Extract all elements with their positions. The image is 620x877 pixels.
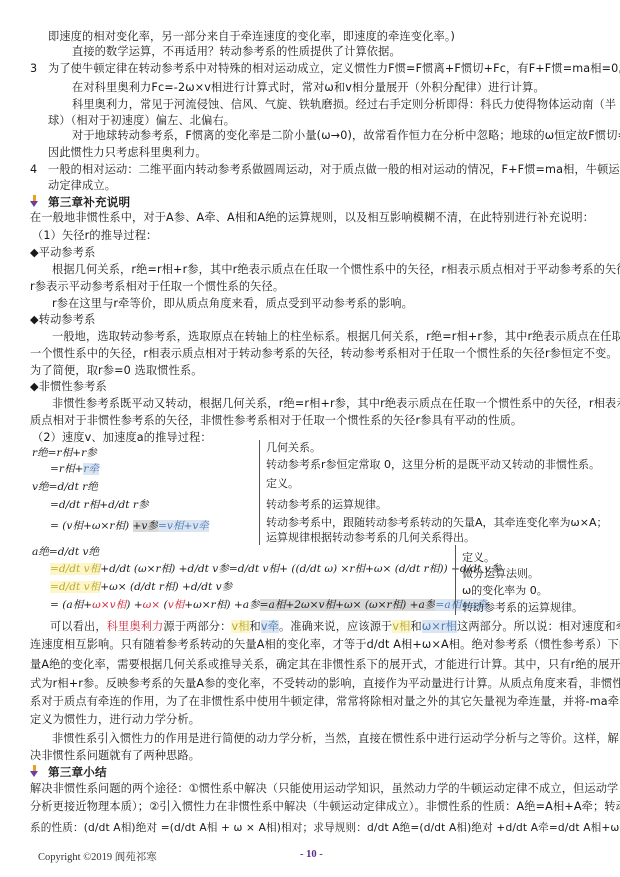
text-line: 为了简便，取r参=0 选取惯性系。 <box>30 363 203 379</box>
text-line: 一般地，选取转动参考系，选取原点在转轴上的柱坐标系。根据几何关系，r绝=r相+r… <box>52 329 620 345</box>
bullet-title: ◆平动参考系 <box>30 245 95 261</box>
text-line: 为了使牛顿定律在转动参考系中对特殊的相对运动成立，定义惯性力F惯=F惯离+F惯切… <box>48 61 620 77</box>
subheading: （2）速度v、加速度a的推导过程： <box>32 430 212 446</box>
text-line: 连速度相互影响。只有随着参考系转动的矢量A相的变化率，才等于d/dt A相+ω×… <box>30 637 620 653</box>
text-line: 质点相对于非惯性参考系的矢径，非惯性参考系相对于任取一个惯性系的矢径r参具有平动… <box>30 413 522 429</box>
text-line: 因此惯性力只考虑科里奥利力。 <box>48 145 207 161</box>
highlight-yellow: =d/dt v相 <box>50 581 100 593</box>
text-line: 解决非惯性系问题的两个途径：①惯性系中解决（只能使用运动学知识，虽然动力学的牛顿… <box>30 781 618 797</box>
equation: v绝=d/dt r绝 <box>32 480 98 495</box>
text-line: 一个惯性系中的矢径，r相表示质点相对于转动参考系的矢径，转动参考系相对于任取一个… <box>30 346 618 362</box>
text-line: 动定律成立。 <box>48 178 116 194</box>
text-line: 球）（相对于初速度）偏左、北偏右。 <box>48 113 235 129</box>
coriolis-term: 科里奥利力 <box>107 620 164 633</box>
note: ω的变化率为 0。 <box>462 583 548 599</box>
section-heading: 第三章补充说明 <box>30 194 130 210</box>
highlight-gray: +v参 <box>133 520 158 532</box>
section-heading: 第三章小结 <box>30 764 107 780</box>
equation: a绝=d/dt v绝 <box>32 545 99 560</box>
equation: =r相+r牵 <box>50 462 99 477</box>
text-line: 对于地球转动参考系，F惯离的变化率是二阶小量(ω→0)，故常看作恒力在分析中忽略… <box>72 128 620 144</box>
text-line: 系的性质：(d/dt A相)绝对 =(d/dt A相 + ω × A相)相对；求… <box>30 820 620 836</box>
down-arrow-icon <box>30 765 40 777</box>
equation: =d/dt v相+ω× (d/dt r相) +d/dt v参 <box>50 580 232 595</box>
text-line: 分析更接近物理本质）；②引入惯性力在非惯性系中解决（牛顿运动定律成立）。非惯性系… <box>30 799 620 815</box>
text-line: r参表示平动参考系相对于任取一个惯性系的矢径。 <box>30 279 284 295</box>
highlight-yellow: =d/dt v相 <box>50 563 100 575</box>
column-divider <box>455 545 456 615</box>
note: 定义。 <box>462 550 495 566</box>
section-heading-text: 第三章补充说明 <box>48 195 130 209</box>
bullet-title: ◆非惯性参考系 <box>30 379 107 395</box>
down-arrow-icon <box>30 195 40 207</box>
note: 微分运算法则。 <box>462 566 539 582</box>
text-line: 直接的数学运算，不再适用？转动参考系的性质提供了计算依据。 <box>72 44 401 60</box>
text-line: 在对科里奥利力Fc=-2ω×v相进行计算式时，常对ω和v相分量展开（外积分配律）… <box>72 80 545 96</box>
document-page: 即速度的相对变化率，另一部分来自于牵连速度的变化率，即速度的牵连变化率。) 直接… <box>0 0 620 877</box>
text-line: 系对于质点有牵连的作用，为了在非惯性系中使用牛顿定律，常常将除相对量之外的其它矢… <box>30 694 619 710</box>
note: 运算规律根据转动参考系的几何关系得出。 <box>266 530 475 546</box>
equation: = (a相+ω×v相) +ω× (v相+ω×r相) +a参=a相+2ω×v相+ω… <box>50 598 487 613</box>
text-line: 式为r相+r参。反映参考系的矢量A参的变化率，不受转动的影响，直接作为平动量进行… <box>30 676 620 692</box>
highlight-blue: =v相+v牵 <box>158 520 209 532</box>
text-line: 定义为惯性力，进行动力学分析。 <box>30 712 200 728</box>
text-line: 非惯性系引入惯性力的作用是进行简便的动力学分析，当然，直接在惯性系中进行运动学分… <box>52 731 619 747</box>
text-line: 在一般地非惯性系中，对于A参、A牵、A相和A绝的运算规则，以及相互影响模糊不清，… <box>30 210 594 226</box>
section-heading-text: 第三章小结 <box>48 765 107 779</box>
text-line: 非惯性参考系既平动又转动，根据几何关系，r绝=r相+r参，其中r绝表示质点在任取… <box>52 396 620 412</box>
note: 几何关系。 <box>266 440 321 456</box>
note: 转动参考系的运算规律。 <box>266 497 387 513</box>
note: 转动参考系中，跟随转动参考系转动的矢量A，其牵连变化率为ω×A； <box>266 515 607 531</box>
text-line: 决非惯性系问题就有了两种思路。 <box>30 748 200 764</box>
note: 定义。 <box>266 476 299 492</box>
note: 转动参考系的运算规律。 <box>462 600 583 616</box>
note: 转动参考系r参恒定常取 0，这里分析的是既平动又转动的非惯性系。 <box>266 457 600 473</box>
equation: = (v相+ω×r相) +v参=v相+v牵 <box>50 519 209 534</box>
text-line: 一般的相对运动：二维平面内转动参考系做圆周运动，对于质点做一般的相对运动的情况，… <box>48 162 620 178</box>
footer-copyright: Copyright ©2019 阆苑祁寒 <box>38 849 157 864</box>
text-line: 根据几何关系，r绝=r相+r参，其中r绝表示质点在任取一个惯性系中的矢径，r相表… <box>52 262 620 278</box>
equation: =d/dt v相+d/dt (ω×r相) +d/dt v参=d/dt v相+ (… <box>50 562 501 577</box>
list-number: 4 <box>30 162 37 178</box>
equation: =d/dt r相+d/dt r参 <box>50 498 149 513</box>
highlight-blue: r牵 <box>83 463 99 475</box>
highlight-gray: =a相+2ω×v相+ω× (ω×r相) +a参 <box>260 599 436 611</box>
text-line: 即速度的相对变化率，另一部分来自于牵连速度的变化率，即速度的牵连变化率。) <box>48 29 455 45</box>
text-line: 量A绝的变化率，需要根据几何关系或推导关系，确定其在非惯性系下的展开式，才能进行… <box>30 657 620 673</box>
list-number: 3 <box>30 61 37 77</box>
text-line: 可以看出，科里奥利力源于两部分：v相和v牵。准确来说，应该源于v相和ω×r相这两… <box>50 619 620 635</box>
equation: r绝=r相+r参 <box>32 446 97 461</box>
page-number: - 10 - <box>300 849 323 860</box>
subheading: （1）矢径r的推导过程： <box>32 228 157 244</box>
text-line: 科里奥利力，常见于河流侵蚀、信风、气旋、铁轨磨损。经过右手定则分析即得：科氏力使… <box>72 97 616 113</box>
bullet-title: ◆转动参考系 <box>30 312 95 328</box>
column-divider <box>259 440 260 545</box>
text-line: r参在这里与r牵等价，即从质点角度来看，质点受到平动参考系的影响。 <box>52 296 413 312</box>
